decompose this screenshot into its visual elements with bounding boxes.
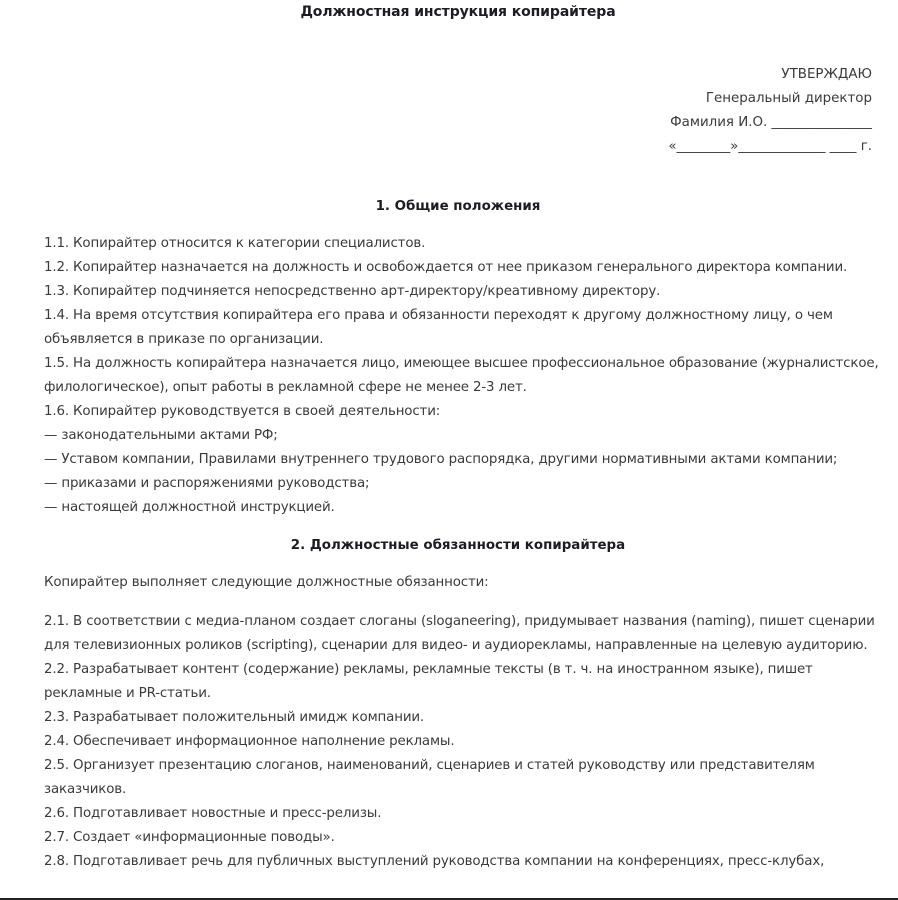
approval-line: «________»_____________ ____ г. bbox=[668, 135, 872, 159]
approval-block: УТВЕРЖДАЮ Генеральный директор Фамилия И… bbox=[668, 63, 872, 159]
paragraph: 2.6. Подготавливает новостные и пресс-ре… bbox=[44, 802, 884, 826]
section-2-body: 2.1. В соответствии с медиа-планом созда… bbox=[44, 610, 884, 874]
section-1-body: 1.1. Копирайтер относится к категории сп… bbox=[44, 232, 894, 520]
approval-line: УТВЕРЖДАЮ bbox=[668, 63, 872, 87]
paragraph: 2.1. В соответствии с медиа-планом созда… bbox=[44, 610, 884, 658]
section-2-intro: Копирайтер выполняет следующие должностн… bbox=[44, 571, 884, 595]
paragraph: 2.8. Подготавливает речь для публичных в… bbox=[44, 850, 884, 874]
approval-line: Генеральный директор bbox=[668, 87, 872, 111]
paragraph: 2.7. Создает «информационные поводы». bbox=[44, 826, 884, 850]
paragraph: 1.1. Копирайтер относится к категории сп… bbox=[44, 232, 894, 256]
list-item: — приказами и распоряжениями руководства… bbox=[44, 472, 894, 496]
section-heading: 2. Должностные обязанности копирайтера bbox=[0, 538, 898, 553]
paragraph: Копирайтер выполняет следующие должностн… bbox=[44, 571, 884, 595]
list-item: — законодательными актами РФ; bbox=[44, 424, 894, 448]
paragraph: 1.3. Копирайтер подчиняется непосредстве… bbox=[44, 280, 894, 304]
paragraph: 1.4. На время отсутствия копирайтера его… bbox=[44, 304, 894, 352]
paragraph: 1.5. На должность копирайтера назначаетс… bbox=[44, 352, 894, 400]
document-title: Должностная инструкция копирайтера bbox=[0, 4, 898, 20]
paragraph: 2.3. Разрабатывает положительный имидж к… bbox=[44, 706, 884, 730]
section-heading: 1. Общие положения bbox=[0, 199, 898, 214]
list-item: — настоящей должностной инструкцией. bbox=[44, 496, 894, 520]
list-item: — Уставом компании, Правилами внутреннег… bbox=[44, 448, 894, 472]
paragraph: 1.6. Копирайтер руководствуется в своей … bbox=[44, 400, 894, 424]
paragraph: 2.4. Обеспечивает информационное наполне… bbox=[44, 730, 884, 754]
paragraph: 1.2. Копирайтер назначается на должность… bbox=[44, 256, 894, 280]
paragraph: 2.5. Организует презентацию слоганов, на… bbox=[44, 754, 884, 802]
approval-line: Фамилия И.О. _______________ bbox=[668, 111, 872, 135]
paragraph: 2.2. Разрабатывает контент (содержание) … bbox=[44, 658, 884, 706]
